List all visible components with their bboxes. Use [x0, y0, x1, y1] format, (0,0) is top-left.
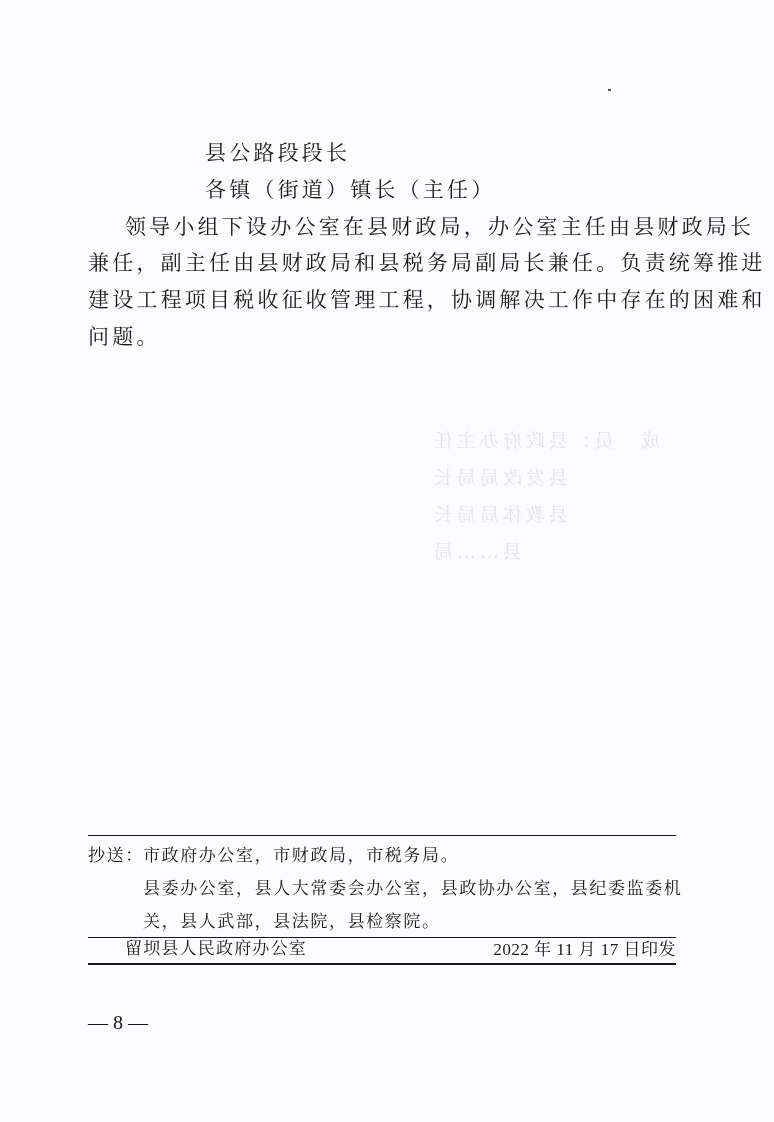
- show-through-text: 成 员：县政府办主任: [430, 426, 660, 453]
- page-number: — 8 —: [88, 1013, 148, 1033]
- paragraph-line: 领导小组下设办公室在县财政局，办公室主任由县财政局长: [125, 217, 754, 238]
- paragraph-line: 建设工程项目税收征收管理工程，协调解决工作中存在的困难和: [88, 290, 766, 311]
- show-through-text: 县教体局局长: [430, 500, 568, 527]
- cc-recipients-2: 县委办公室，县人大常委会办公室，县政协办公室，县纪委监委机: [143, 881, 682, 898]
- issue-date: 2022 年 11 月 17 日印发: [493, 941, 676, 958]
- cc-recipients-3: 关，县人武部，县法院，县检察院。: [143, 914, 441, 931]
- paragraph-line: 问题。: [88, 327, 161, 348]
- member-line: 县公路段段长: [205, 143, 350, 164]
- divider-middle: [88, 937, 676, 938]
- issuer: 留坝县人民政府办公室: [125, 941, 307, 958]
- document-page: 成 员：县政府办主任 县发改局局长 县教体局局长 县……局 县公路段段长 各镇（…: [0, 0, 774, 1122]
- scan-speck: [608, 89, 611, 91]
- member-line: 各镇（街道）镇长（主任）: [205, 180, 495, 201]
- cc-label: 抄送：: [88, 848, 144, 865]
- cc-recipients-1: 市政府办公室，市财政局，市税务局。: [143, 848, 459, 865]
- show-through-text: 县……局: [430, 537, 522, 564]
- divider-top: [88, 835, 676, 836]
- show-through-text: 县发改局局长: [430, 463, 568, 490]
- paragraph-line: 兼任，副主任由县财政局和县税务局副局长兼任。负责统筹推进: [88, 253, 766, 274]
- divider-bottom: [88, 963, 676, 965]
